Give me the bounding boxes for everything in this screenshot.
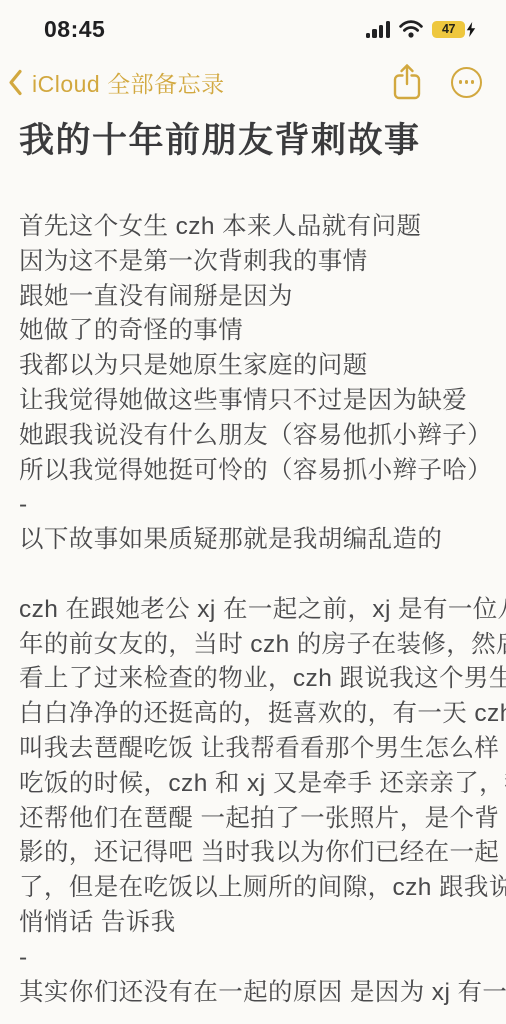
battery-charging-icon: 47 [432,21,476,38]
note-title[interactable]: 我的十年前朋友背刺故事 [19,118,487,164]
note-text-line: - [19,488,487,523]
share-button[interactable] [393,63,421,101]
nav-actions [393,63,482,101]
back-label: iCloud 全部备忘录 [32,66,225,99]
status-bar: 08:45 47 [0,0,506,46]
note-text-line: 叫我去琶醍吃饭 让我帮看看那个男生怎么样 [19,732,487,767]
note-text-line: 其实你们还没有在一起的原因 是因为 xj 有一 [19,976,487,1011]
note-text-line: 年的前女友的，当时 czh 的房子在装修，然后 [19,628,487,663]
note-text-line: 她做了的奇怪的事情 [19,314,487,349]
note-body[interactable]: 首先这个女生 czh 本来人品就有问题因为这不是第一次背刺我的事情跟她一直没有闹… [19,210,487,1010]
note-text-line: 让我觉得她做这些事情只不过是因为缺爱 [19,384,487,419]
note-text-line: - [19,941,487,976]
notes-app-screen: 08:45 47 [0,0,506,1024]
charging-bolt-icon [466,22,476,37]
note-text-line: 看上了过来检查的物业，czh 跟说我这个男生 [19,662,487,697]
cellular-signal-icon [366,21,390,38]
note-content: 我的十年前朋友背刺故事 首先这个女生 czh 本来人品就有问题因为这不是第一次背… [0,118,506,1010]
more-button[interactable] [451,67,482,98]
note-text-line: 悄悄话 告诉我 [19,906,487,941]
note-text-line: 所以我觉得她挺可怜的（容易抓小辫子哈） [19,454,487,489]
note-text-line: 吃饭的时候，czh 和 xj 又是牵手 还亲亲了，我 [19,767,487,802]
note-text-line: 因为这不是第一次背刺我的事情 [19,245,487,280]
note-text-line: 我都以为只是她原生家庭的问题 [19,349,487,384]
clock-time: 08:45 [44,16,105,43]
ellipsis-circle-icon [451,67,482,98]
note-text-line: 跟她一直没有闹掰是因为 [19,280,487,315]
note-text-line: 白白净净的还挺高的，挺喜欢的，有一天 czh [19,697,487,732]
note-text-line: 首先这个女生 czh 本来人品就有问题 [19,210,487,245]
wifi-icon [399,20,423,38]
status-icons: 47 [366,20,476,38]
note-text-line: 影的，还记得吧 当时我以为你们已经在一起 [19,836,487,871]
nav-bar: iCloud 全部备忘录 [0,46,506,104]
note-text-line: czh 在跟她老公 xj 在一起之前，xj 是有一位八 [19,593,487,628]
back-button[interactable]: iCloud 全部备忘录 [8,66,225,99]
note-text-line [19,558,487,593]
note-text-line: 了，但是在吃饭以上厕所的间隙，czh 跟我说 [19,871,487,906]
share-icon [393,63,421,101]
note-text-line: 她跟我说没有什么朋友（容易他抓小辫子） [19,419,487,454]
chevron-left-icon [8,69,23,96]
note-text-line: 以下故事如果质疑那就是我胡编乱造的 [19,523,487,558]
note-text-line: 还帮他们在琶醍 一起拍了一张照片，是个背 [19,802,487,837]
battery-percent: 47 [442,22,455,36]
